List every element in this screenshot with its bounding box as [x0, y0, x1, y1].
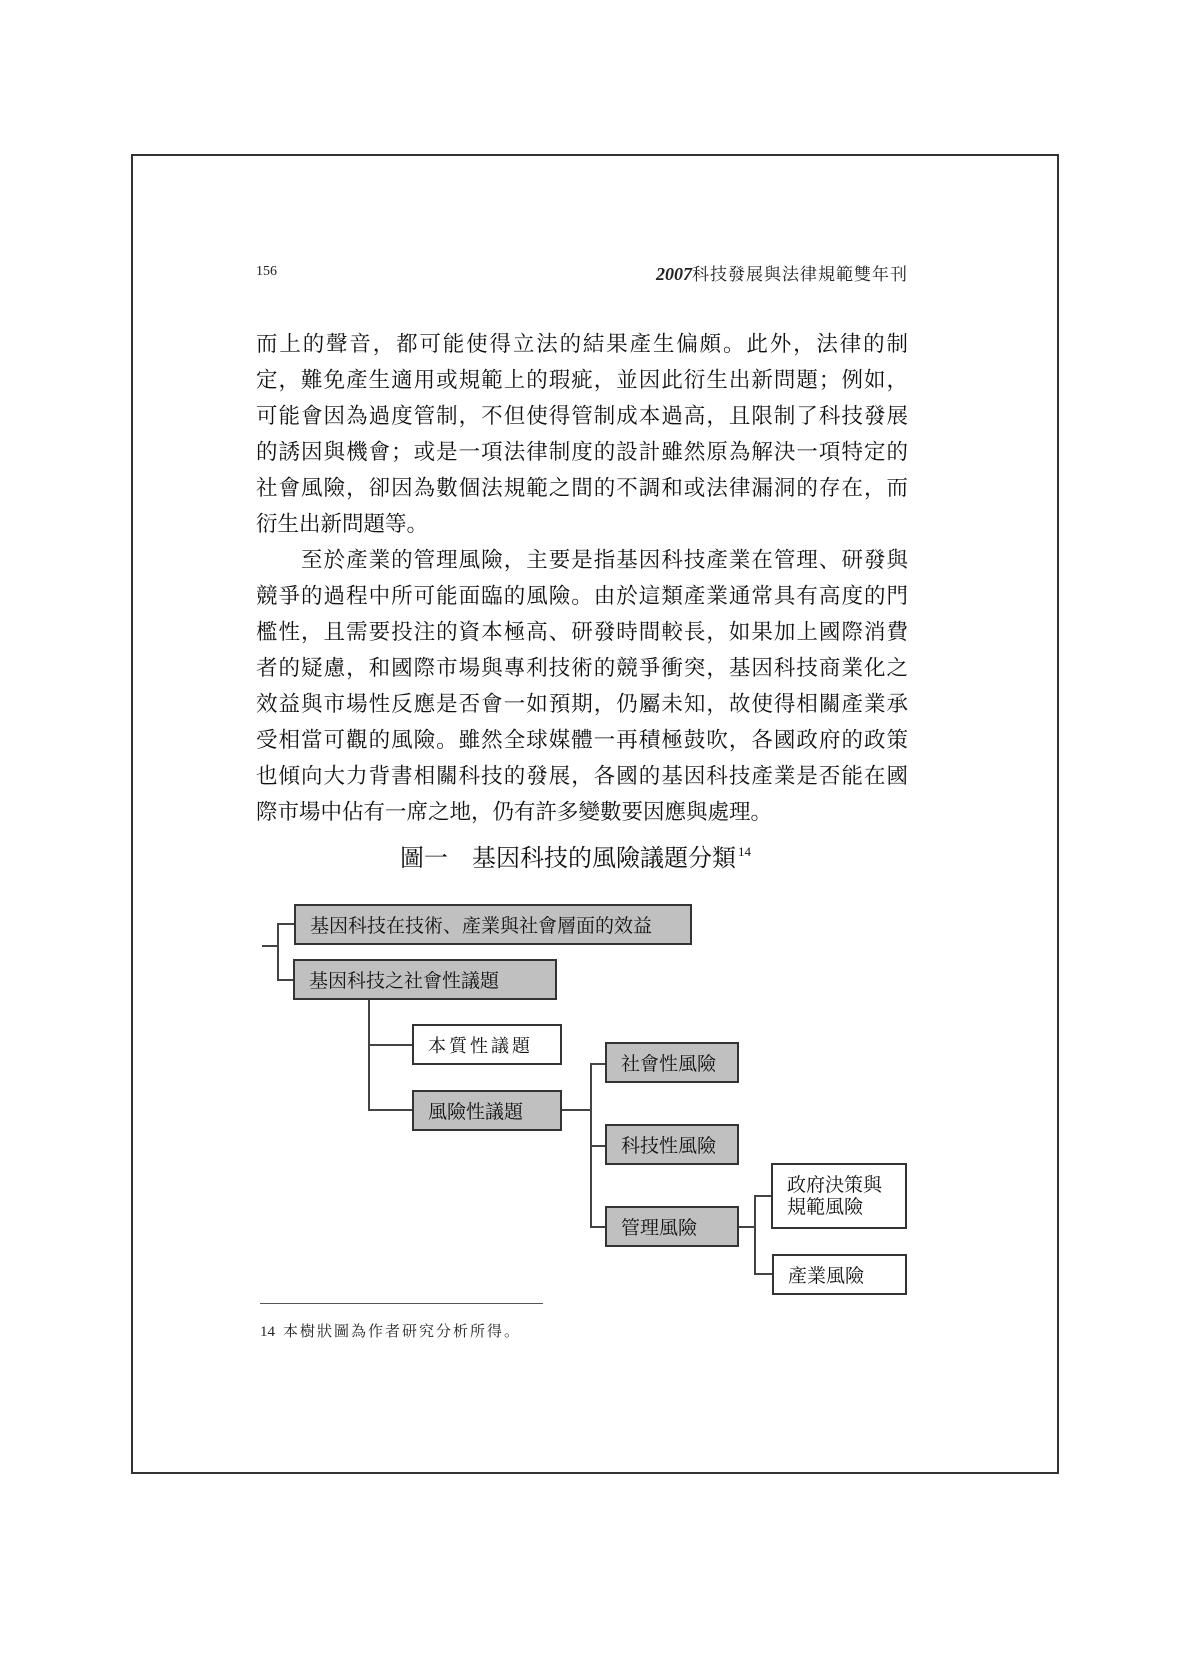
node-social-issues: 基因科技之社會性議題	[293, 959, 557, 1000]
figure-caption-text: 圖一 基因科技的風險議題分類	[400, 844, 736, 872]
connector-to-tech-risk	[590, 1145, 605, 1147]
node-benefits: 基因科技在技術、產業與社會層面的效益	[294, 904, 692, 945]
node-gov-policy-risk: 政府決策與規範風險	[771, 1163, 907, 1229]
running-title-text: 科技發展與法律規範雙年刊	[692, 265, 908, 285]
footnote-text: 本樹狀圖為作者研究分析所得。	[283, 1322, 521, 1340]
body-line: 衍生出新問題等。	[256, 507, 908, 543]
body-line: 社會風險，卻因為數個法規範之間的不調和或法律漏洞的存在，而	[256, 471, 908, 507]
body-line: 競爭的過程中所可能面臨的風險。由於這類產業通常具有高度的門	[256, 579, 908, 615]
node-mgmt-risk: 管理風險	[605, 1206, 739, 1247]
body-line: 者的疑慮，和國際市場與專利技術的競爭衝突，基因科技商業化之	[256, 651, 908, 687]
footnote: 14本樹狀圖為作者研究分析所得。	[260, 1320, 521, 1341]
footnote-divider	[260, 1303, 543, 1304]
node-intrinsic-issues: 本質性議題	[412, 1024, 562, 1065]
node-social-risk: 社會性風險	[605, 1042, 739, 1083]
body-line: 際市場中佔有一席之地，仍有許多變數要因應與處理。	[256, 795, 908, 831]
body-line: 受相當可觀的風險。雖然全球媒體一再積極鼓吹，各國政府的政策	[256, 723, 908, 759]
node-risk-issues: 風險性議題	[412, 1090, 562, 1131]
body-line: 的誘因與機會；或是一項法律制度的設計雖然原為解決一項特定的	[256, 435, 908, 471]
body-paragraphs: 而上的聲音，都可能使得立法的結果產生偏頗。此外，法律的制 定，難免產生適用或規範…	[256, 327, 908, 831]
body-line: 定，難免產生適用或規範上的瑕疵，並因此衍生出新問題；例如，	[256, 363, 908, 399]
footnote-ref-link[interactable]: 14	[738, 844, 751, 859]
root-stub-line	[262, 945, 278, 947]
connector-to-risk-issues	[368, 1109, 412, 1111]
connector-to-industry-risk	[754, 1273, 772, 1275]
risk-issues-stub-line	[562, 1109, 591, 1111]
running-title-year: 2007	[656, 264, 692, 284]
social-issues-vertical-line	[368, 999, 370, 1111]
page-number: 156	[256, 264, 277, 280]
root-vertical-line	[277, 923, 279, 981]
mgmt-risk-stub-line	[739, 1226, 755, 1228]
connector-to-intrinsic	[368, 1044, 412, 1046]
body-line: 至於產業的管理風險，主要是指基因科技產業在管理、研發與	[256, 543, 908, 579]
mgmt-vertical-line	[754, 1195, 756, 1275]
body-line: 可能會因為過度管制，不但使得管制成本過高，且限制了科技發展	[256, 399, 908, 435]
body-line: 檻性，且需要投注的資本極高、研發時間較長，如果加上國際消費	[256, 615, 908, 651]
connector-to-benefits	[277, 923, 295, 925]
running-title: 2007科技發展與法律規範雙年刊	[656, 260, 908, 285]
connector-to-social-risk	[590, 1063, 605, 1065]
footnote-number: 14	[260, 1324, 275, 1340]
node-industry-risk: 產業風險	[772, 1254, 907, 1295]
figure-caption: 圖一 基因科技的風險議題分類14	[400, 838, 751, 873]
body-line: 也傾向大力背書相關科技的發展，各國的基因科技產業是否能在國	[256, 759, 908, 795]
running-header: 156 2007科技發展與法律規範雙年刊	[256, 260, 908, 284]
connector-to-gov-risk	[754, 1195, 771, 1197]
node-tech-risk: 科技性風險	[605, 1124, 739, 1165]
body-line: 效益與市場性反應是否會一如預期，仍屬未知，故使得相關產業承	[256, 687, 908, 723]
connector-to-mgmt-risk	[590, 1226, 605, 1228]
body-line: 而上的聲音，都可能使得立法的結果產生偏頗。此外，法律的制	[256, 327, 908, 363]
